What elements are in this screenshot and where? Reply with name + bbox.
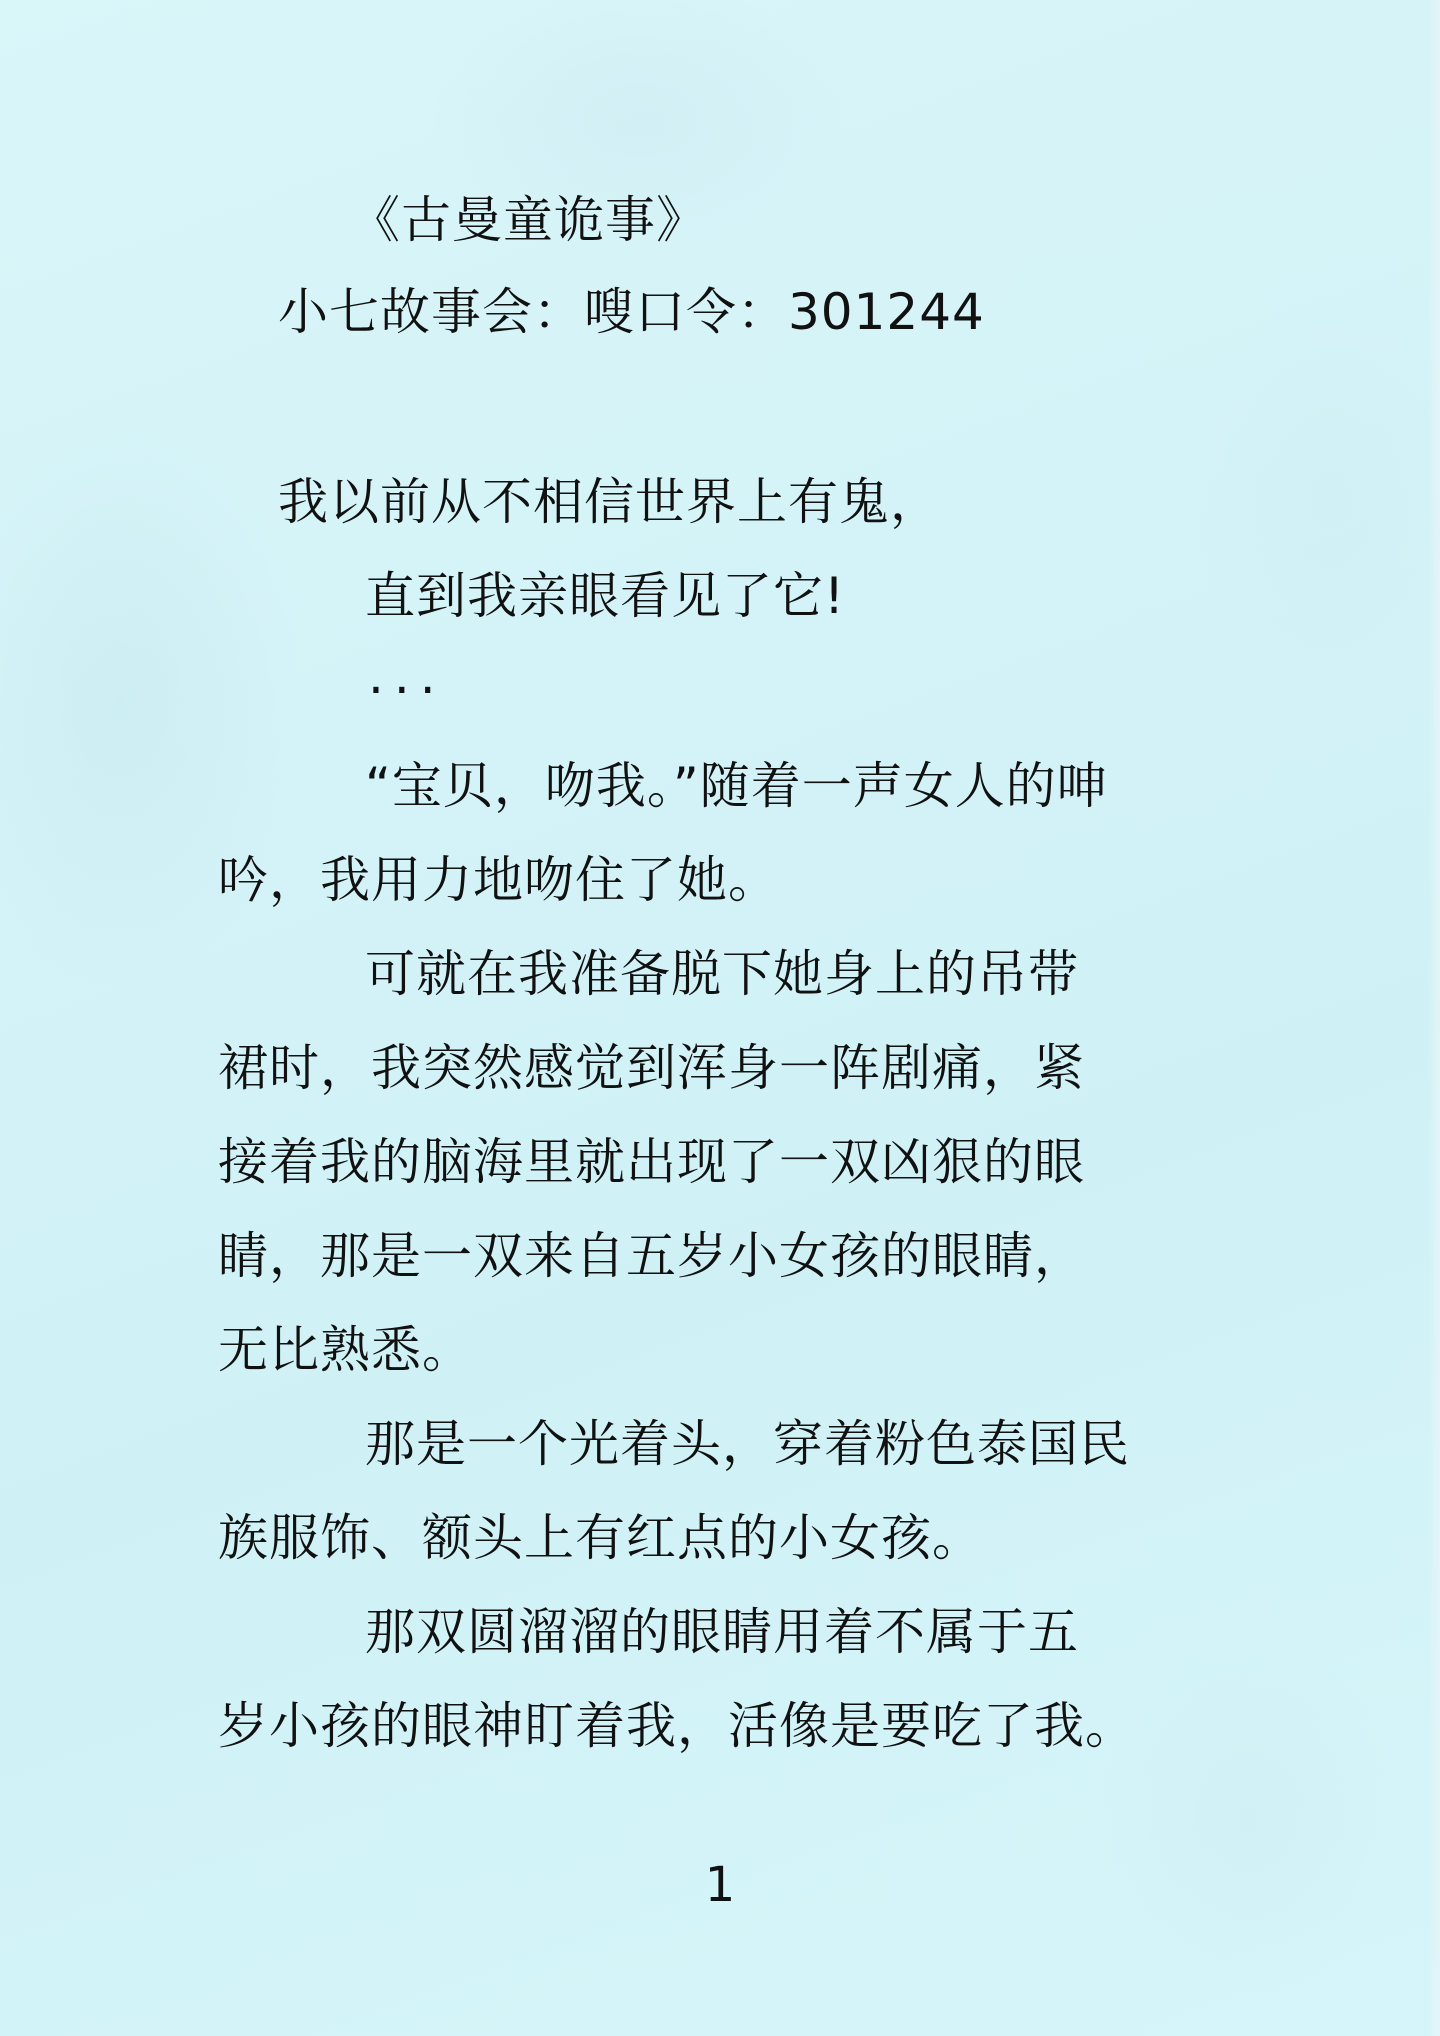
body-line: 那双圆溜溜的眼睛用着不属于五: [365, 1602, 1079, 1662]
body-line: 岁小孩的眼神盯着我，活像是要吃了我。: [218, 1696, 1136, 1756]
intro-ellipsis: ...: [368, 646, 446, 706]
intro-line-1: 我以前从不相信世界上有鬼，: [278, 472, 941, 532]
body-line: 族服饰、额头上有红点的小女孩。: [218, 1508, 983, 1568]
intro-line-2: 直到我亲眼看见了它!: [365, 566, 845, 626]
body-line: 无比熟悉。: [218, 1320, 473, 1380]
body-line: 那是一个光着头，穿着粉色泰国民: [365, 1414, 1130, 1474]
page-number: 1: [0, 1855, 1440, 1915]
body-line: 接着我的脑海里就出现了一双凶狠的眼: [218, 1132, 1085, 1192]
body-line: 吟，我用力地吻住了她。: [218, 850, 779, 910]
story-subtitle: 小七故事会：嗖口令：301244: [278, 282, 985, 342]
body-line: “宝贝，吻我。”随着一声女人的呻: [365, 756, 1108, 816]
body-line: 可就在我准备脱下她身上的吊带: [365, 944, 1079, 1004]
page-edge: [1428, 0, 1440, 2036]
story-title: 《古曼童诡事》: [350, 190, 707, 250]
body-line: 睛，那是一双来自五岁小女孩的眼睛，: [218, 1226, 1085, 1286]
body-line: 裙时，我突然感觉到浑身一阵剧痛，紧: [218, 1038, 1085, 1098]
